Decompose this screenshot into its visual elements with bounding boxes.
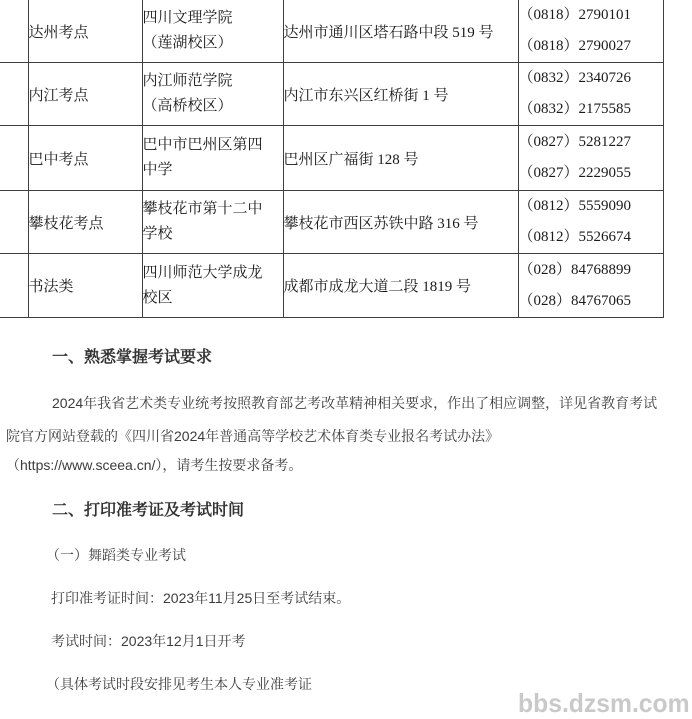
phone-number: （0812）5526674 [519,222,663,253]
phone-number: （0827）5281227 [519,127,663,158]
phone-number: （0818）2790101 [519,0,663,31]
phone-cell: （0812）5559090 （0812）5526674 [518,191,663,254]
table-row: 内江考点 内江师范学院 （高桥校区） 内江市东兴区红桥街 1 号 （0832）2… [0,63,663,126]
site-name: 书法类 [29,279,74,295]
table-row: 达州考点 四川文理学院 （莲湖校区） 达州市通川区塔石路中段 519 号 （08… [0,0,663,63]
subsection-heading: （一）舞蹈类专业考试 [46,545,186,565]
school-cell: 巴中市巴州区第四 中学 [142,126,283,191]
cropped-cell [0,254,28,318]
site-name: 达州考点 [29,25,89,41]
paragraph-notice: 2024年我省艺术类专业统考按照教育部艺考改革精神相关要求，作出了相应调整，详见… [6,387,663,452]
school-line: 四川文理学院 [143,6,283,31]
phone-cell: （028）84768899 （028）84767065 [518,254,663,318]
phone-cell: （0827）5281227 （0827）2229055 [518,126,663,191]
phone-number: （028）84768899 [519,255,663,286]
cropped-cell [0,0,28,63]
address-cell: 巴州区广福街 128 号 [283,126,518,191]
school-cell: 四川文理学院 （莲湖校区） [142,0,283,63]
document-page: 达州考点 四川文理学院 （莲湖校区） 达州市通川区塔石路中段 519 号 （08… [0,0,692,719]
school-cell: 四川师范大学成龙 校区 [142,254,283,318]
school-line: （莲湖校区） [143,31,283,56]
cropped-cell [0,126,28,191]
phone-cell: （0818）2790101 （0818）2790027 [518,0,663,63]
school-line: 攀枝花市第十二中 [143,197,283,222]
paragraph-notice-url: （https://www.sceea.cn/），请考生按要求备考。 [6,455,302,475]
address-cell: 内江市东兴区红桥街 1 号 [283,63,518,126]
phone-number: （0827）2229055 [519,158,663,189]
site-name: 巴中考点 [29,152,89,168]
school-cell: 内江师范学院 （高桥校区） [142,63,283,126]
school-cell: 攀枝花市第十二中 学校 [142,191,283,254]
school-line: 内江师范学院 [143,69,283,94]
paragraph-schedule-note: （具体考试时段安排见考生本人专业准考证 [46,674,312,694]
section-heading-2: 二、打印准考证及考试时间 [52,502,244,520]
table-row: 攀枝花考点 攀枝花市第十二中 学校 攀枝花市西区苏铁中路 316 号 （0812… [0,191,663,254]
cropped-cell [0,191,28,254]
site-name: 攀枝花考点 [29,216,104,232]
school-line: 中学 [143,158,283,183]
phone-number: （0818）2790027 [519,31,663,62]
table-row: 巴中考点 巴中市巴州区第四 中学 巴州区广福街 128 号 （0827）5281… [0,126,663,191]
school-line: 巴中市巴州区第四 [143,133,283,158]
school-line: 校区 [143,286,283,311]
phone-number: （028）84767065 [519,286,663,317]
phone-number: （0812）5559090 [519,191,663,222]
phone-number: （0832）2175585 [519,94,663,125]
section-heading-1: 一、熟悉掌握考试要求 [52,349,212,367]
address-cell: 达州市通川区塔石路中段 519 号 [283,0,518,63]
address-cell: 成都市成龙大道二段 1819 号 [283,254,518,318]
site-cell: 达州考点 [28,0,142,63]
paragraph-print-time: 打印准考证时间：2023年11月25日至考试结束。 [51,588,350,608]
site-cell: 内江考点 [28,63,142,126]
address-cell: 攀枝花市西区苏铁中路 316 号 [283,191,518,254]
phone-number: （0832）2340726 [519,63,663,94]
site-cell: 巴中考点 [28,126,142,191]
site-cell: 攀枝花考点 [28,191,142,254]
exam-sites-table: 达州考点 四川文理学院 （莲湖校区） 达州市通川区塔石路中段 519 号 （08… [0,0,664,318]
school-line: 四川师范大学成龙 [143,261,283,286]
watermark-text: bbs.dzsm.com [518,688,690,719]
paragraph-exam-time: 考试时间：2023年12月1日开考 [51,631,246,651]
site-cell: 书法类 [28,254,142,318]
site-name: 内江考点 [29,88,89,104]
school-line: 学校 [143,222,283,247]
table-row: 书法类 四川师范大学成龙 校区 成都市成龙大道二段 1819 号 （028）84… [0,254,663,318]
school-line: （高桥校区） [143,94,283,119]
phone-cell: （0832）2340726 （0832）2175585 [518,63,663,126]
cropped-cell [0,63,28,126]
